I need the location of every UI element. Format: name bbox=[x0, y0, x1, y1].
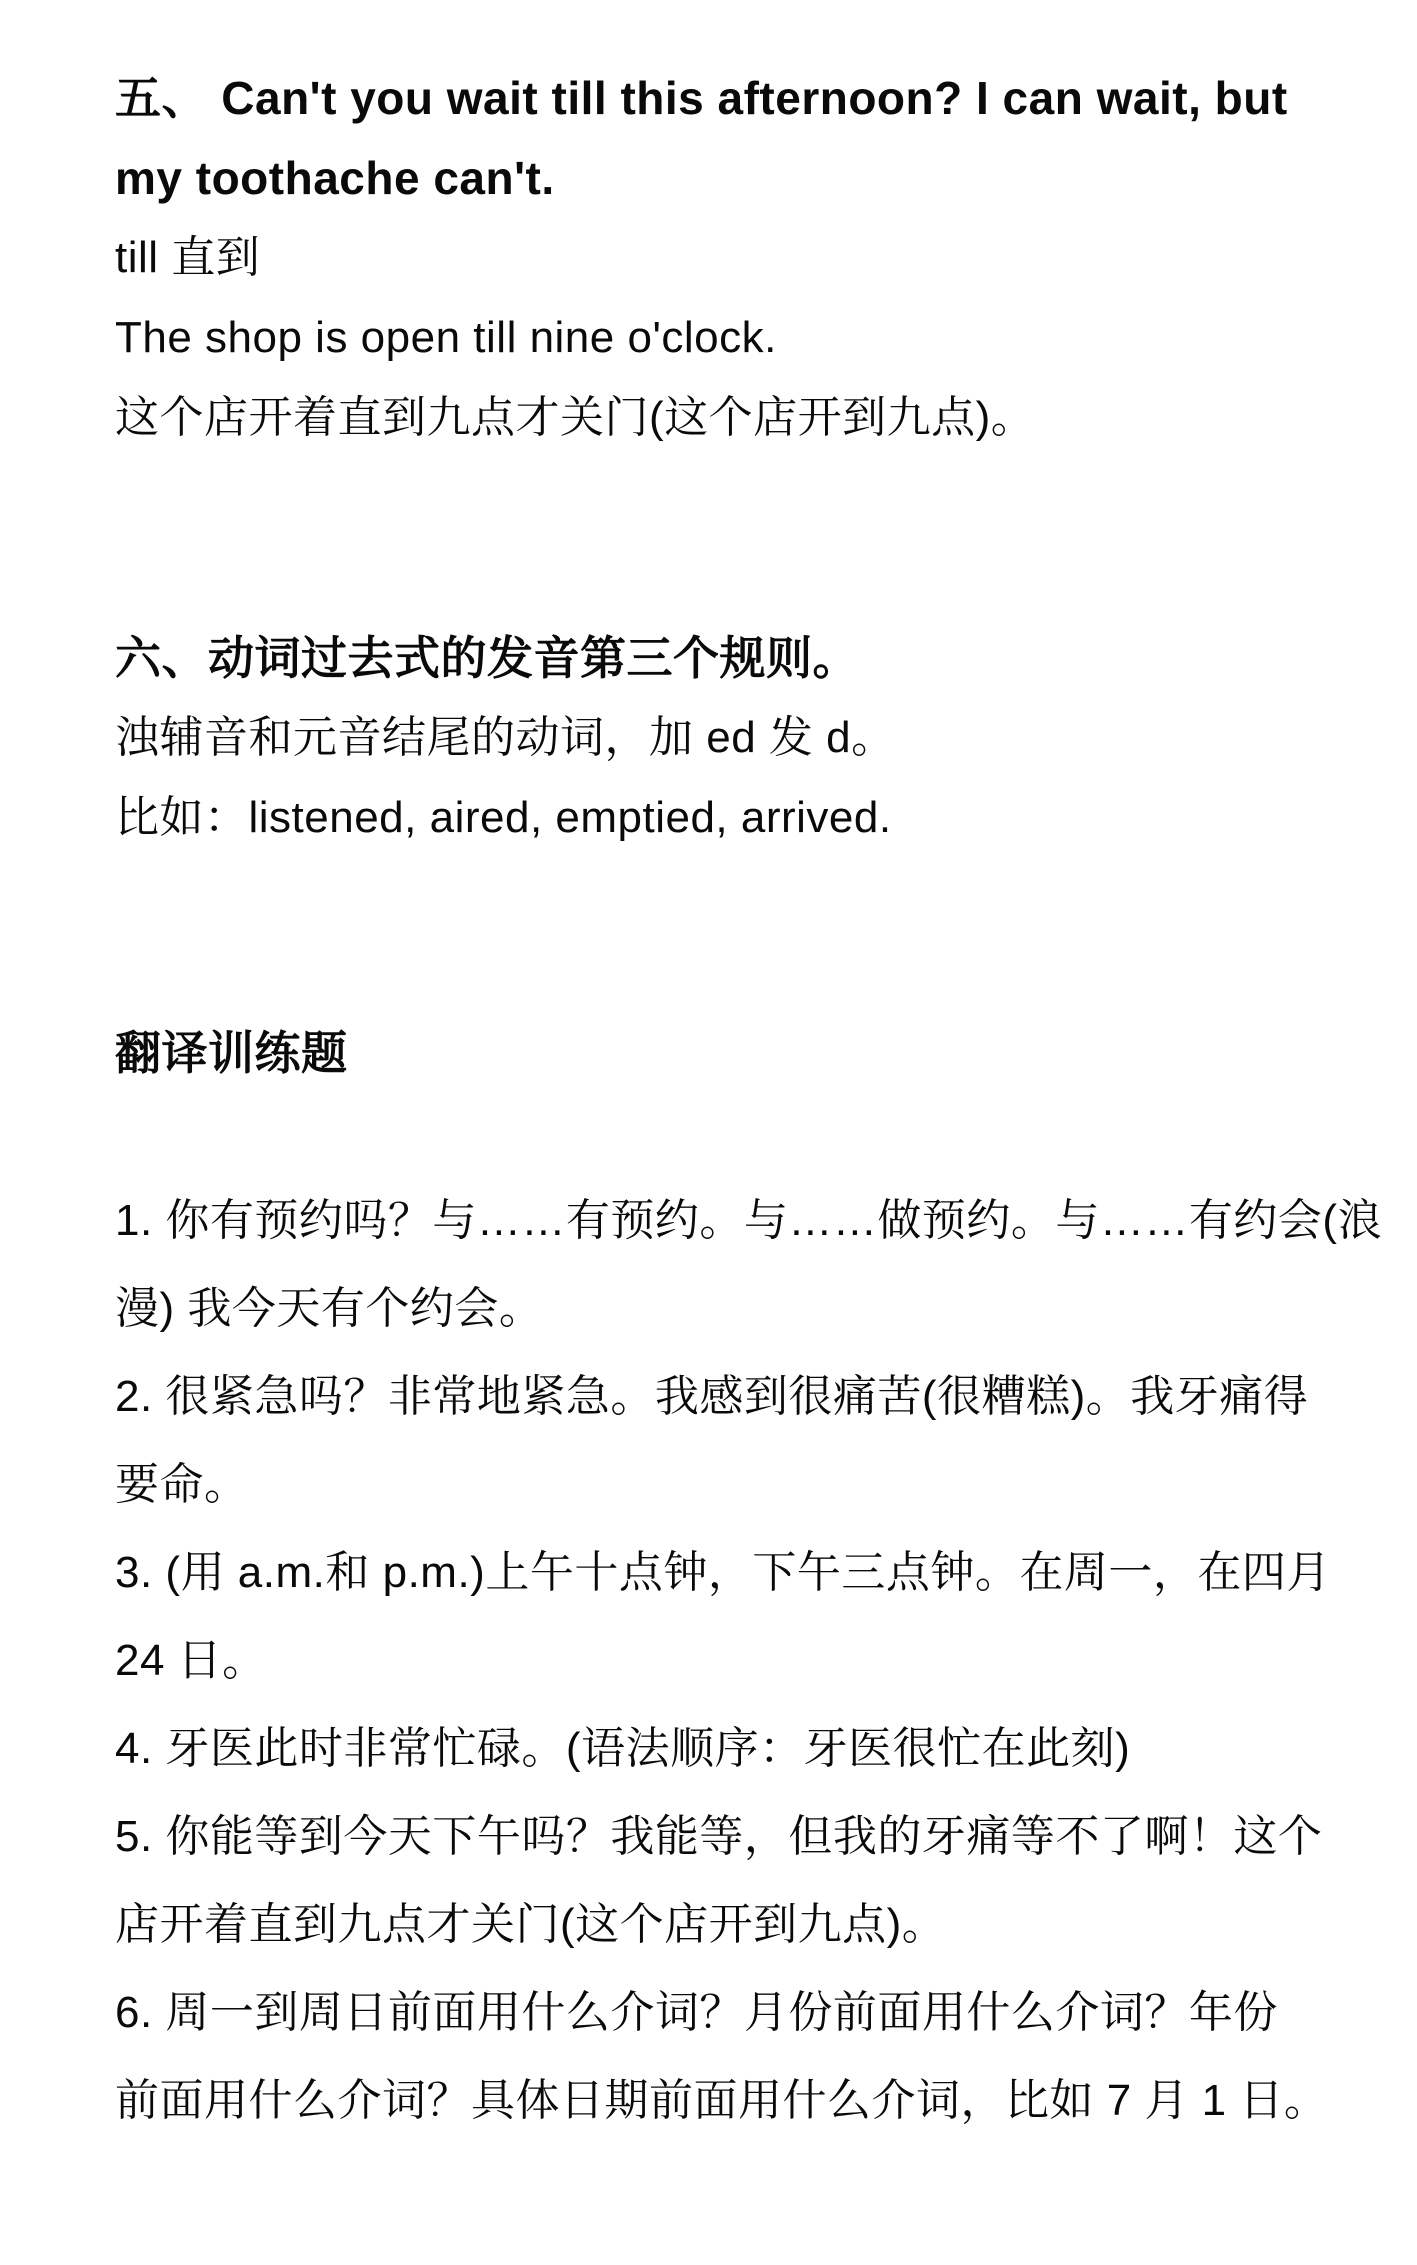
document-page: 五、 Can't you wait till this afternoon? I… bbox=[0, 0, 1417, 2265]
exercise-item-2: 2. 很紧急吗？非常地紧急。我感到很痛苦(很糟糕)。我牙痛得 要命。 bbox=[115, 1353, 1317, 1529]
exercise-item-line: 前面用什么介词？具体日期前面用什么介词，比如 7 月 1 日。 bbox=[115, 2057, 1317, 2145]
exercise-list: 1. 你有预约吗？与……有预约。与……做预约。与……有约会(浪 漫) 我今天有个… bbox=[115, 1177, 1317, 2145]
exercise-item-line: 24 日。 bbox=[115, 1617, 1317, 1705]
section-five-body-line-2: The shop is open till nine o'clock. bbox=[115, 298, 1317, 378]
section-exercises: 翻译训练题 1. 你有预约吗？与……有预约。与……做预约。与……有约会(浪 漫)… bbox=[115, 1013, 1317, 2145]
exercise-item-line: 4. 牙医此时非常忙碌。(语法顺序：牙医很忙在此刻) bbox=[115, 1705, 1317, 1793]
section-six-body-line-1: 浊辅音和元音结尾的动词，加 ed 发 d。 bbox=[115, 698, 1317, 778]
exercise-item-line: 6. 周一到周日前面用什么介词？月份前面用什么介词？年份 bbox=[115, 1969, 1317, 2057]
exercise-item-line: 漫) 我今天有个约会。 bbox=[115, 1265, 1317, 1353]
section-five-heading-line-2: my toothache can't. bbox=[115, 138, 1317, 218]
exercises-heading: 翻译训练题 bbox=[115, 1013, 1317, 1093]
section-five-heading-line-1: 五、 Can't you wait till this afternoon? I… bbox=[115, 58, 1317, 138]
section-five: 五、 Can't you wait till this afternoon? I… bbox=[115, 58, 1317, 458]
exercise-item-line: 1. 你有预约吗？与……有预约。与……做预约。与……有约会(浪 bbox=[115, 1177, 1317, 1265]
section-six-heading: 六、动词过去式的发音第三个规则。 bbox=[115, 618, 1317, 698]
exercise-item-line: 店开着直到九点才关门(这个店开到九点)。 bbox=[115, 1881, 1317, 1969]
exercise-item-3: 3. (用 a.m.和 p.m.)上午十点钟，下午三点钟。在周一，在四月 24 … bbox=[115, 1529, 1317, 1705]
exercise-item-line: 5. 你能等到今天下午吗？我能等，但我的牙痛等不了啊！这个 bbox=[115, 1793, 1317, 1881]
exercise-item-line: 2. 很紧急吗？非常地紧急。我感到很痛苦(很糟糕)。我牙痛得 bbox=[115, 1353, 1317, 1441]
exercise-item-1: 1. 你有预约吗？与……有预约。与……做预约。与……有约会(浪 漫) 我今天有个… bbox=[115, 1177, 1317, 1353]
exercise-item-4: 4. 牙医此时非常忙碌。(语法顺序：牙医很忙在此刻) bbox=[115, 1705, 1317, 1793]
section-five-body-line-1: till 直到 bbox=[115, 218, 1317, 298]
section-six-body-line-2: 比如：listened, aired, emptied, arrived. bbox=[115, 778, 1317, 858]
exercise-item-line: 3. (用 a.m.和 p.m.)上午十点钟，下午三点钟。在周一，在四月 bbox=[115, 1529, 1317, 1617]
exercise-item-6: 6. 周一到周日前面用什么介词？月份前面用什么介词？年份 前面用什么介词？具体日… bbox=[115, 1969, 1317, 2145]
section-six: 六、动词过去式的发音第三个规则。 浊辅音和元音结尾的动词，加 ed 发 d。 比… bbox=[115, 618, 1317, 858]
section-five-body-line-3: 这个店开着直到九点才关门(这个店开到九点)。 bbox=[115, 378, 1317, 458]
exercise-item-line: 要命。 bbox=[115, 1441, 1317, 1529]
exercise-item-5: 5. 你能等到今天下午吗？我能等，但我的牙痛等不了啊！这个 店开着直到九点才关门… bbox=[115, 1793, 1317, 1969]
